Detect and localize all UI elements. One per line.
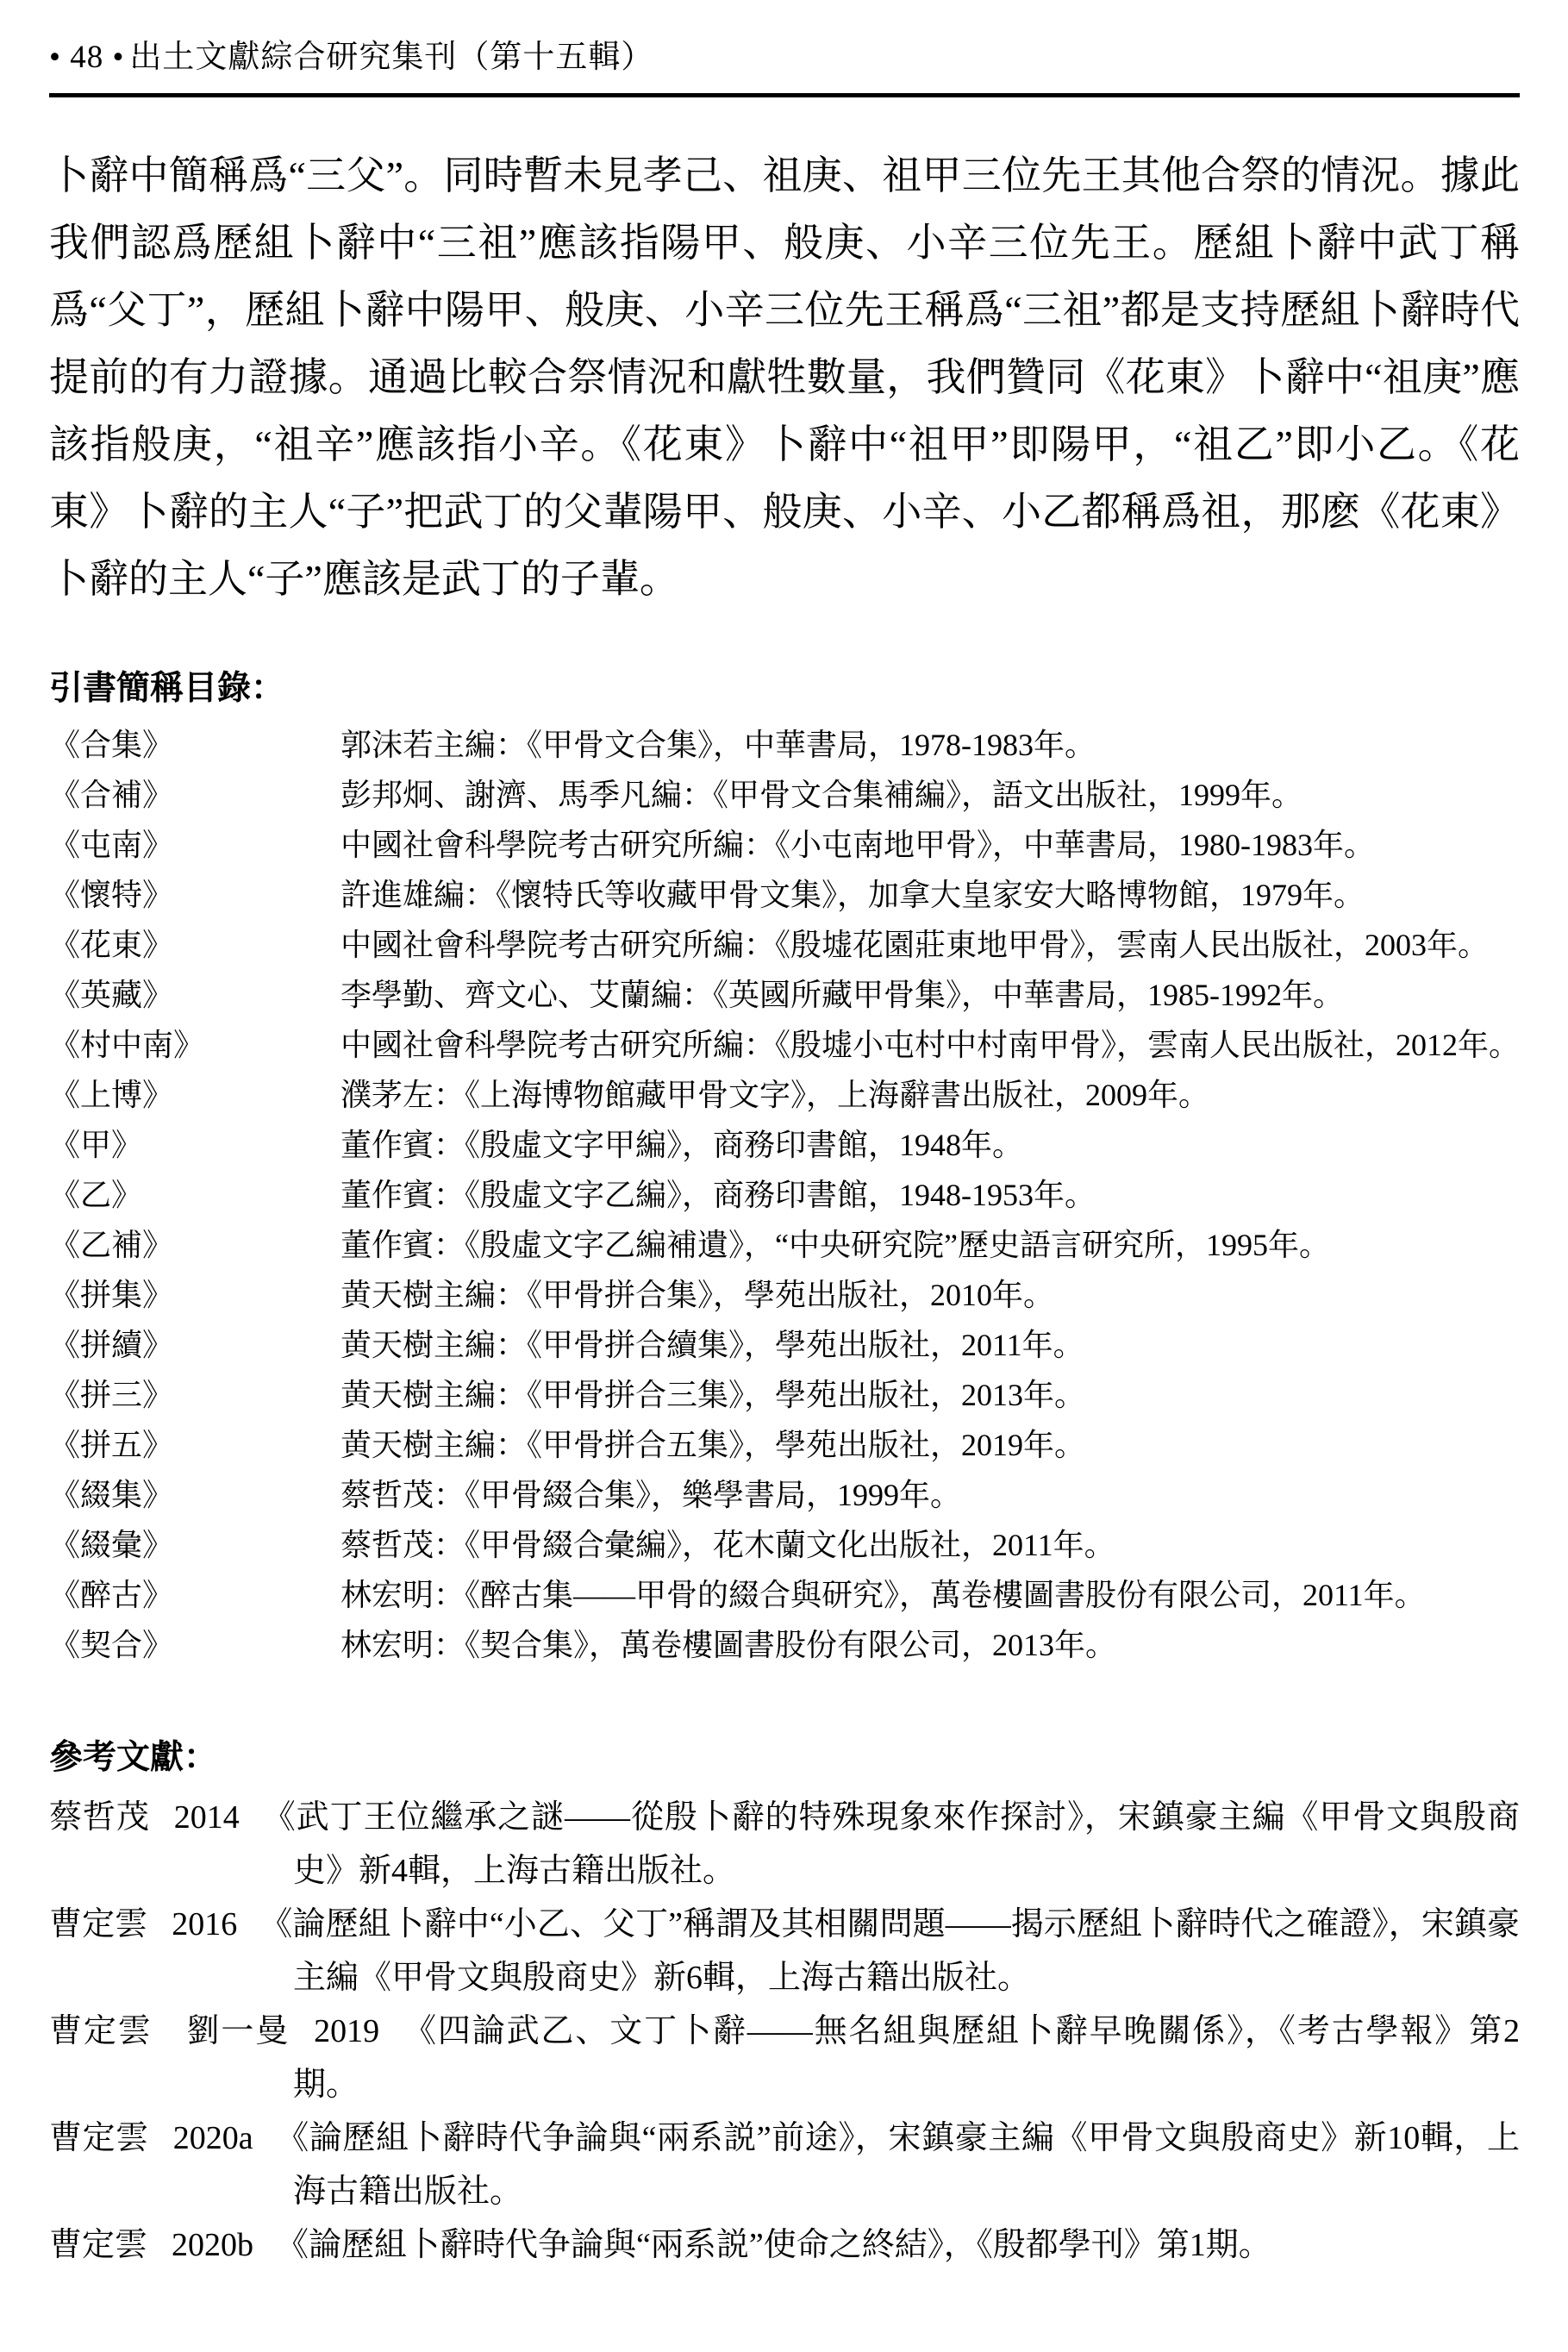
reference-item: 蔡哲茂2014《武丁王位繼承之謎——從殷卜辭的特殊現象來作探討》，宋鎮豪主編《甲…	[49, 1791, 1520, 1898]
reference-year: 2019	[314, 2013, 379, 2049]
abbreviation-term: 《屯南》	[49, 820, 340, 870]
abbreviation-row: 《英藏》 李學勤、齊文心、艾蘭編：《英國所藏甲骨集》，中華書局，1985-199…	[49, 970, 1520, 1020]
reference-item: 曹定雲2020b《論歷組卜辭時代争論與“兩系説”使命之終結》，《殷都學刊》第1期…	[49, 2218, 1520, 2272]
reference-year: 2020b	[172, 2227, 253, 2263]
abbreviation-term: 《乙補》	[49, 1220, 340, 1270]
abbreviation-term: 《懷特》	[49, 870, 340, 920]
section-heading-references: 參考文獻：	[49, 1736, 1520, 1780]
header-rule	[49, 93, 1520, 97]
abbreviation-row: 《懷特》 許進雄編：《懷特氏等收藏甲骨文集》，加拿大皇家安大略博物館，1979年…	[49, 870, 1520, 920]
abbreviation-term: 《合集》	[49, 720, 340, 770]
reference-year: 2014	[174, 1799, 240, 1836]
abbreviation-description: 濮茅左：《上海博物館藏甲骨文字》，上海辭書出版社，2009年。	[340, 1070, 1520, 1120]
abbreviation-row: 《屯南》 中國社會科學院考古研究所編：《小屯南地甲骨》，中華書局，1980-19…	[49, 820, 1520, 870]
abbreviation-description: 中國社會科學院考古研究所編：《殷墟小屯村中村南甲骨》，雲南人民出版社，2012年…	[340, 1020, 1520, 1070]
abbreviation-row: 《花東》 中國社會科學院考古研究所編：《殷墟花園莊東地甲骨》，雲南人民出版社，2…	[49, 920, 1520, 970]
abbreviation-row: 《拼集》 黄天樹主編：《甲骨拼合集》，學苑出版社，2010年。	[49, 1270, 1520, 1320]
abbreviation-term: 《甲》	[49, 1120, 340, 1170]
abbreviation-term: 《拼集》	[49, 1270, 340, 1320]
abbreviation-row: 《合集》 郭沫若主編：《甲骨文合集》，中華書局，1978-1983年。	[49, 720, 1520, 770]
abbreviation-term: 《契合》	[49, 1620, 340, 1670]
abbreviation-row: 《上博》 濮茅左：《上海博物館藏甲骨文字》，上海辭書出版社，2009年。	[49, 1070, 1520, 1120]
abbreviation-description: 董作賓：《殷虛文字乙編補遺》，“中央研究院”歷史語言研究所，1995年。	[340, 1220, 1520, 1270]
reference-list: 蔡哲茂2014《武丁王位繼承之謎——從殷卜辭的特殊現象來作探討》，宋鎮豪主編《甲…	[49, 1791, 1520, 2272]
abbreviation-description: 中國社會科學院考古研究所編：《殷墟花園莊東地甲骨》，雲南人民出版社，2003年。	[340, 920, 1520, 970]
abbreviation-description: 郭沫若主編：《甲骨文合集》，中華書局，1978-1983年。	[340, 720, 1520, 770]
reference-text: 《四論武乙、文丁卜辭——無名組與歷組卜辭早晚關係》，《考古學報》第2期。	[293, 2013, 1520, 2103]
reference-item: 曹定雲2016《論歷組卜辭中“小乙、父丁”稱謂及其相關問題——揭示歷組卜辭時代之…	[49, 1898, 1520, 2005]
abbreviation-term: 《乙》	[49, 1170, 340, 1220]
reference-item: 曹定雲 劉一曼2019《四論武乙、文丁卜辭——無名組與歷組卜辭早晚關係》，《考古…	[49, 2005, 1520, 2111]
page-header: • 48 •出土文獻綜合研究集刊（第十五輯）	[49, 38, 1520, 78]
abbreviation-description: 黄天樹主編：《甲骨拼合集》，學苑出版社，2010年。	[340, 1270, 1520, 1320]
section-heading-abbreviations: 引書簡稱目錄：	[49, 666, 1520, 711]
abbreviation-term: 《醉古》	[49, 1570, 340, 1620]
abbreviation-term: 《拼三》	[49, 1370, 340, 1420]
abbreviation-term: 《綴彙》	[49, 1520, 340, 1570]
abbreviation-row: 《醉古》 林宏明：《醉古集——甲骨的綴合與研究》，萬卷樓圖書股份有限公司，201…	[49, 1570, 1520, 1620]
abbreviation-description: 中國社會科學院考古研究所編：《小屯南地甲骨》，中華書局，1980-1983年。	[340, 820, 1520, 870]
abbreviation-description: 許進雄編：《懷特氏等收藏甲骨文集》，加拿大皇家安大略博物館，1979年。	[340, 870, 1520, 920]
abbreviation-term: 《英藏》	[49, 970, 340, 1020]
abbreviation-description: 林宏明：《契合集》，萬卷樓圖書股份有限公司，2013年。	[340, 1620, 1520, 1670]
reference-authors: 曹定雲	[49, 2120, 149, 2156]
document-page: • 48 •出土文獻綜合研究集刊（第十五輯） 卜辭中簡稱爲“三父”。同時暫未見孝…	[0, 0, 1568, 2352]
page-number-marker: • 48 •	[49, 40, 124, 75]
abbreviation-term: 《拼續》	[49, 1320, 340, 1370]
body-paragraph: 卜辭中簡稱爲“三父”。同時暫未見孝己、祖庚、祖甲三位先王其他合祭的情況。據此我們…	[49, 142, 1520, 613]
abbreviation-row: 《甲》 董作賓：《殷虛文字甲編》，商務印書館，1948年。	[49, 1120, 1520, 1170]
abbreviation-row: 《拼續》 黄天樹主編：《甲骨拼合續集》，學苑出版社，2011年。	[49, 1320, 1520, 1370]
reference-item: 曹定雲2020a《論歷組卜辭時代争論與“兩系説”前途》，宋鎮豪主編《甲骨文與殷商…	[49, 2111, 1520, 2218]
abbreviation-row: 《綴集》 蔡哲茂：《甲骨綴合集》，樂學書局，1999年。	[49, 1470, 1520, 1520]
abbreviation-term: 《綴集》	[49, 1470, 340, 1520]
reference-authors: 曹定雲	[49, 2227, 147, 2263]
abbreviation-term: 《村中南》	[49, 1020, 340, 1070]
reference-year: 2020a	[173, 2120, 253, 2156]
abbreviation-row: 《合補》 彭邦炯、謝濟、馬季凡編：《甲骨文合集補編》，語文出版社，1999年。	[49, 770, 1520, 820]
abbreviation-description: 董作賓：《殷虛文字甲編》，商務印書館，1948年。	[340, 1120, 1520, 1170]
abbreviation-term: 《花東》	[49, 920, 340, 970]
abbreviation-row: 《契合》 林宏明：《契合集》，萬卷樓圖書股份有限公司，2013年。	[49, 1620, 1520, 1670]
abbreviation-term: 《拼五》	[49, 1420, 340, 1470]
abbreviation-description: 黄天樹主編：《甲骨拼合三集》，學苑出版社，2013年。	[340, 1370, 1520, 1420]
reference-text: 《論歷組卜辭時代争論與“兩系説”前途》，宋鎮豪主編《甲骨文與殷商史》新10輯，上…	[276, 2120, 1520, 2210]
abbreviation-description: 黄天樹主編：《甲骨拼合續集》，學苑出版社，2011年。	[340, 1320, 1520, 1370]
abbreviation-row: 《拼五》 黄天樹主編：《甲骨拼合五集》，學苑出版社，2019年。	[49, 1420, 1520, 1470]
reference-authors: 曹定雲	[49, 1906, 147, 1942]
abbreviation-description: 林宏明：《醉古集——甲骨的綴合與研究》，萬卷樓圖書股份有限公司，2011年。	[340, 1570, 1520, 1620]
abbreviation-row: 《村中南》 中國社會科學院考古研究所編：《殷墟小屯村中村南甲骨》，雲南人民出版社…	[49, 1020, 1520, 1070]
journal-title: 出土文獻綜合研究集刊（第十五輯）	[129, 40, 653, 75]
reference-text: 《論歷組卜辭中“小乙、父丁”稱謂及其相關問題——揭示歷組卜辭時代之確證》，宋鎮豪…	[259, 1906, 1520, 1996]
reference-authors: 曹定雲 劉一曼	[49, 2013, 290, 2049]
abbreviation-row: 《乙補》 董作賓：《殷虛文字乙編補遺》，“中央研究院”歷史語言研究所，1995年…	[49, 1220, 1520, 1270]
abbreviation-description: 蔡哲茂：《甲骨綴合彙編》，花木蘭文化出版社，2011年。	[340, 1520, 1520, 1570]
abbreviation-description: 彭邦炯、謝濟、馬季凡編：《甲骨文合集補編》，語文出版社，1999年。	[340, 770, 1520, 820]
abbreviation-term: 《上博》	[49, 1070, 340, 1120]
abbreviation-row: 《拼三》 黄天樹主編：《甲骨拼合三集》，學苑出版社，2013年。	[49, 1370, 1520, 1420]
abbreviation-description: 董作賓：《殷虛文字乙編》，商務印書館，1948-1953年。	[340, 1170, 1520, 1220]
reference-text: 《論歷組卜辭時代争論與“兩系説”使命之終結》，《殷都學刊》第1期。	[276, 2227, 1271, 2263]
abbreviation-description: 黄天樹主編：《甲骨拼合五集》，學苑出版社，2019年。	[340, 1420, 1520, 1470]
abbreviation-list: 《合集》 郭沫若主編：《甲骨文合集》，中華書局，1978-1983年。 《合補》…	[49, 720, 1520, 1670]
abbreviation-row: 《綴彙》 蔡哲茂：《甲骨綴合彙編》，花木蘭文化出版社，2011年。	[49, 1520, 1520, 1570]
abbreviation-description: 蔡哲茂：《甲骨綴合集》，樂學書局，1999年。	[340, 1470, 1520, 1520]
reference-text: 《武丁王位繼承之謎——從殷卜辭的特殊現象來作探討》，宋鎮豪主編《甲骨文與殷商史》…	[262, 1799, 1520, 1889]
reference-authors: 蔡哲茂	[49, 1799, 150, 1836]
reference-year: 2016	[172, 1906, 237, 1942]
abbreviation-description: 李學勤、齊文心、艾蘭編：《英國所藏甲骨集》，中華書局，1985-1992年。	[340, 970, 1520, 1020]
abbreviation-term: 《合補》	[49, 770, 340, 820]
abbreviation-row: 《乙》 董作賓：《殷虛文字乙編》，商務印書館，1948-1953年。	[49, 1170, 1520, 1220]
